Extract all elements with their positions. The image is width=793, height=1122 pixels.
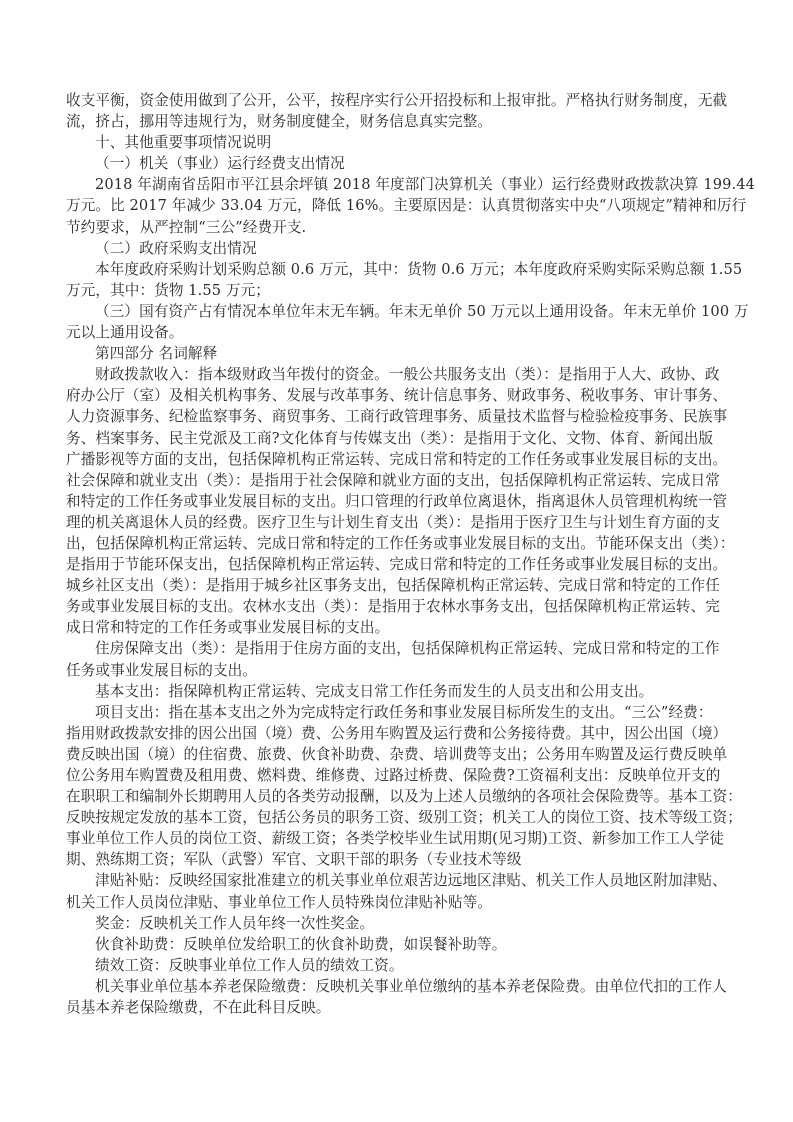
text-line: 员基本养老保险缴费，不在此科目反映。 [66, 997, 756, 1018]
text-line: 2018 年湖南省岳阳市平江县余坪镇 2018 年度部门决算机关（事业）运行经费… [66, 174, 756, 195]
text-line: 万元，其中：货物 1.55 万元； [66, 280, 756, 301]
text-line: 指用财政拨款安排的因公出国（境）费、公务用车购置及运行费和公务接待费。其中，因公… [66, 723, 756, 744]
text-line: 理的机关离退休人员的经费。医疗卫生与计划生育支出（类）：是指用于医疗卫生与计划生… [66, 512, 756, 533]
document-page: 收支平衡，资金使用做到了公开，公平，按程序实行公开招投标和上报审批。严格执行财务… [66, 90, 756, 1018]
text-line: 务或事业发展目标的支出。农林水支出（类）：是指用于农林水事务支出，包括保障机构正… [66, 596, 756, 617]
text-line: 节约要求，从严控制“三公”经费开支. [66, 217, 756, 238]
text-line: 奖金：反映机关工作人员年终一次性奖金。 [66, 913, 756, 934]
text-line: 住房保障支出（类）：是指用于住房方面的支出，包括保障机构正常运转、完成日常和特定… [66, 638, 756, 659]
text-line: 广播影视等方面的支出，包括保障机构正常运转、完成日常和特定的工作任务或事业发展目… [66, 449, 756, 470]
text-line: 津贴补贴：反映经国家批准建立的机关事业单位艰苦边远地区津贴、机关工作人员地区附加… [66, 870, 756, 891]
text-line: 伙食补助费：反映单位发给职工的伙食补助费，如误餐补助等。 [66, 934, 756, 955]
text-line: 社会保障和就业支出（类）：是指用于社会保障和就业方面的支出，包括保障机构正常运转… [66, 470, 756, 491]
text-line: 是指用于节能环保支出，包括保障机构正常运转、完成日常和特定的工作任务或事业发展目… [66, 554, 756, 575]
text-line: 元以上通用设备。 [66, 322, 756, 343]
text-line: 反映按规定发放的基本工资，包括公务员的职务工资、级别工资；机关工人的岗位工资、技… [66, 807, 756, 828]
text-line: 财政拨款收入：指本级财政当年拨付的资金。一般公共服务支出（类）：是指用于人大、政… [66, 364, 756, 385]
text-line: 府办公厅（室）及相关机构事务、发展与改革事务、统计信息事务、财政事务、税收事务、… [66, 385, 756, 406]
text-line: 十、其他重要事项情况说明 [66, 132, 756, 153]
text-line: 位公务用车购置费及租用费、燃料费、维修费、过路过桥费、保险费?工资福利支出：反映… [66, 765, 756, 786]
text-line: 收支平衡，资金使用做到了公开，公平，按程序实行公开招投标和上报审批。严格执行财务… [66, 90, 756, 111]
text-line: 费反映出国（境）的住宿费、旅费、伙食补助费、杂费、培训费等支出；公务用车购置及运… [66, 744, 756, 765]
text-line: 和特定的工作任务或事业发展目标的支出。归口管理的行政单位离退休，指离退休人员管理… [66, 491, 756, 512]
text-line: 期、熟练期工资；军队（武警）军官、文职干部的职务（专业技术等级 [66, 849, 756, 870]
text-line: 项目支出：指在基本支出之外为完成特定行政任务和事业发展目标所发生的支出。“三公”… [66, 702, 756, 723]
text-line: （三）国有资产占有情况本单位年末无车辆。年末无单价 50 万元以上通用设备。年末… [66, 301, 756, 322]
text-line: 在职职工和编制外长期聘用人员的各类劳动报酬，以及为上述人员缴纳的各项社会保险费等… [66, 786, 756, 807]
text-line: 万元。比 2017 年减少 33.04 万元，降低 16%。主要原因是：认真贯彻… [66, 195, 756, 216]
text-line: 成日常和特定的工作任务或事业发展目标的支出。 [66, 617, 756, 638]
text-line: 本年度政府采购计划采购总额 0.6 万元，其中：货物 0.6 万元；本年度政府采… [66, 259, 756, 280]
text-line: （一）机关（事业）运行经费支出情况 [66, 153, 756, 174]
text-line: 绩效工资：反映事业单位工作人员的绩效工资。 [66, 955, 756, 976]
text-line: 务、档案事务、民主党派及工商?文化体育与传媒支出（类）：是指用于文化、文物、体育… [66, 428, 756, 449]
text-line: 流，挤占，挪用等违规行为，财务制度健全，财务信息真实完整。 [66, 111, 756, 132]
text-line: 出，包括保障机构正常运转、完成日常和特定的工作任务或事业发展目标的支出。节能环保… [66, 533, 756, 554]
text-line: （二）政府采购支出情况 [66, 238, 756, 259]
text-line: 机关事业单位基本养老保险缴费：反映机关事业单位缴纳的基本养老保险费。由单位代扣的… [66, 976, 756, 997]
text-line: 基本支出：指保障机构正常运转、完成支日常工作任务而发生的人员支出和公用支出。 [66, 681, 756, 702]
text-line: 第四部分 名词解释 [66, 343, 756, 364]
text-line: 人力资源事务、纪检监察事务、商贸事务、工商行政管理事务、质量技术监督与检验检疫事… [66, 406, 756, 427]
text-line: 机关工作人员岗位津贴、事业单位工作人员特殊岗位津贴补贴等。 [66, 892, 756, 913]
text-line: 任务或事业发展目标的支出。 [66, 660, 756, 681]
text-line: 城乡社区支出（类）：是指用于城乡社区事务支出，包括保障机构正常运转、完成日常和特… [66, 575, 756, 596]
text-line: 事业单位工作人员的岗位工资、薪级工资；各类学校毕业生试用期(见习期)工资、新参加… [66, 828, 756, 849]
